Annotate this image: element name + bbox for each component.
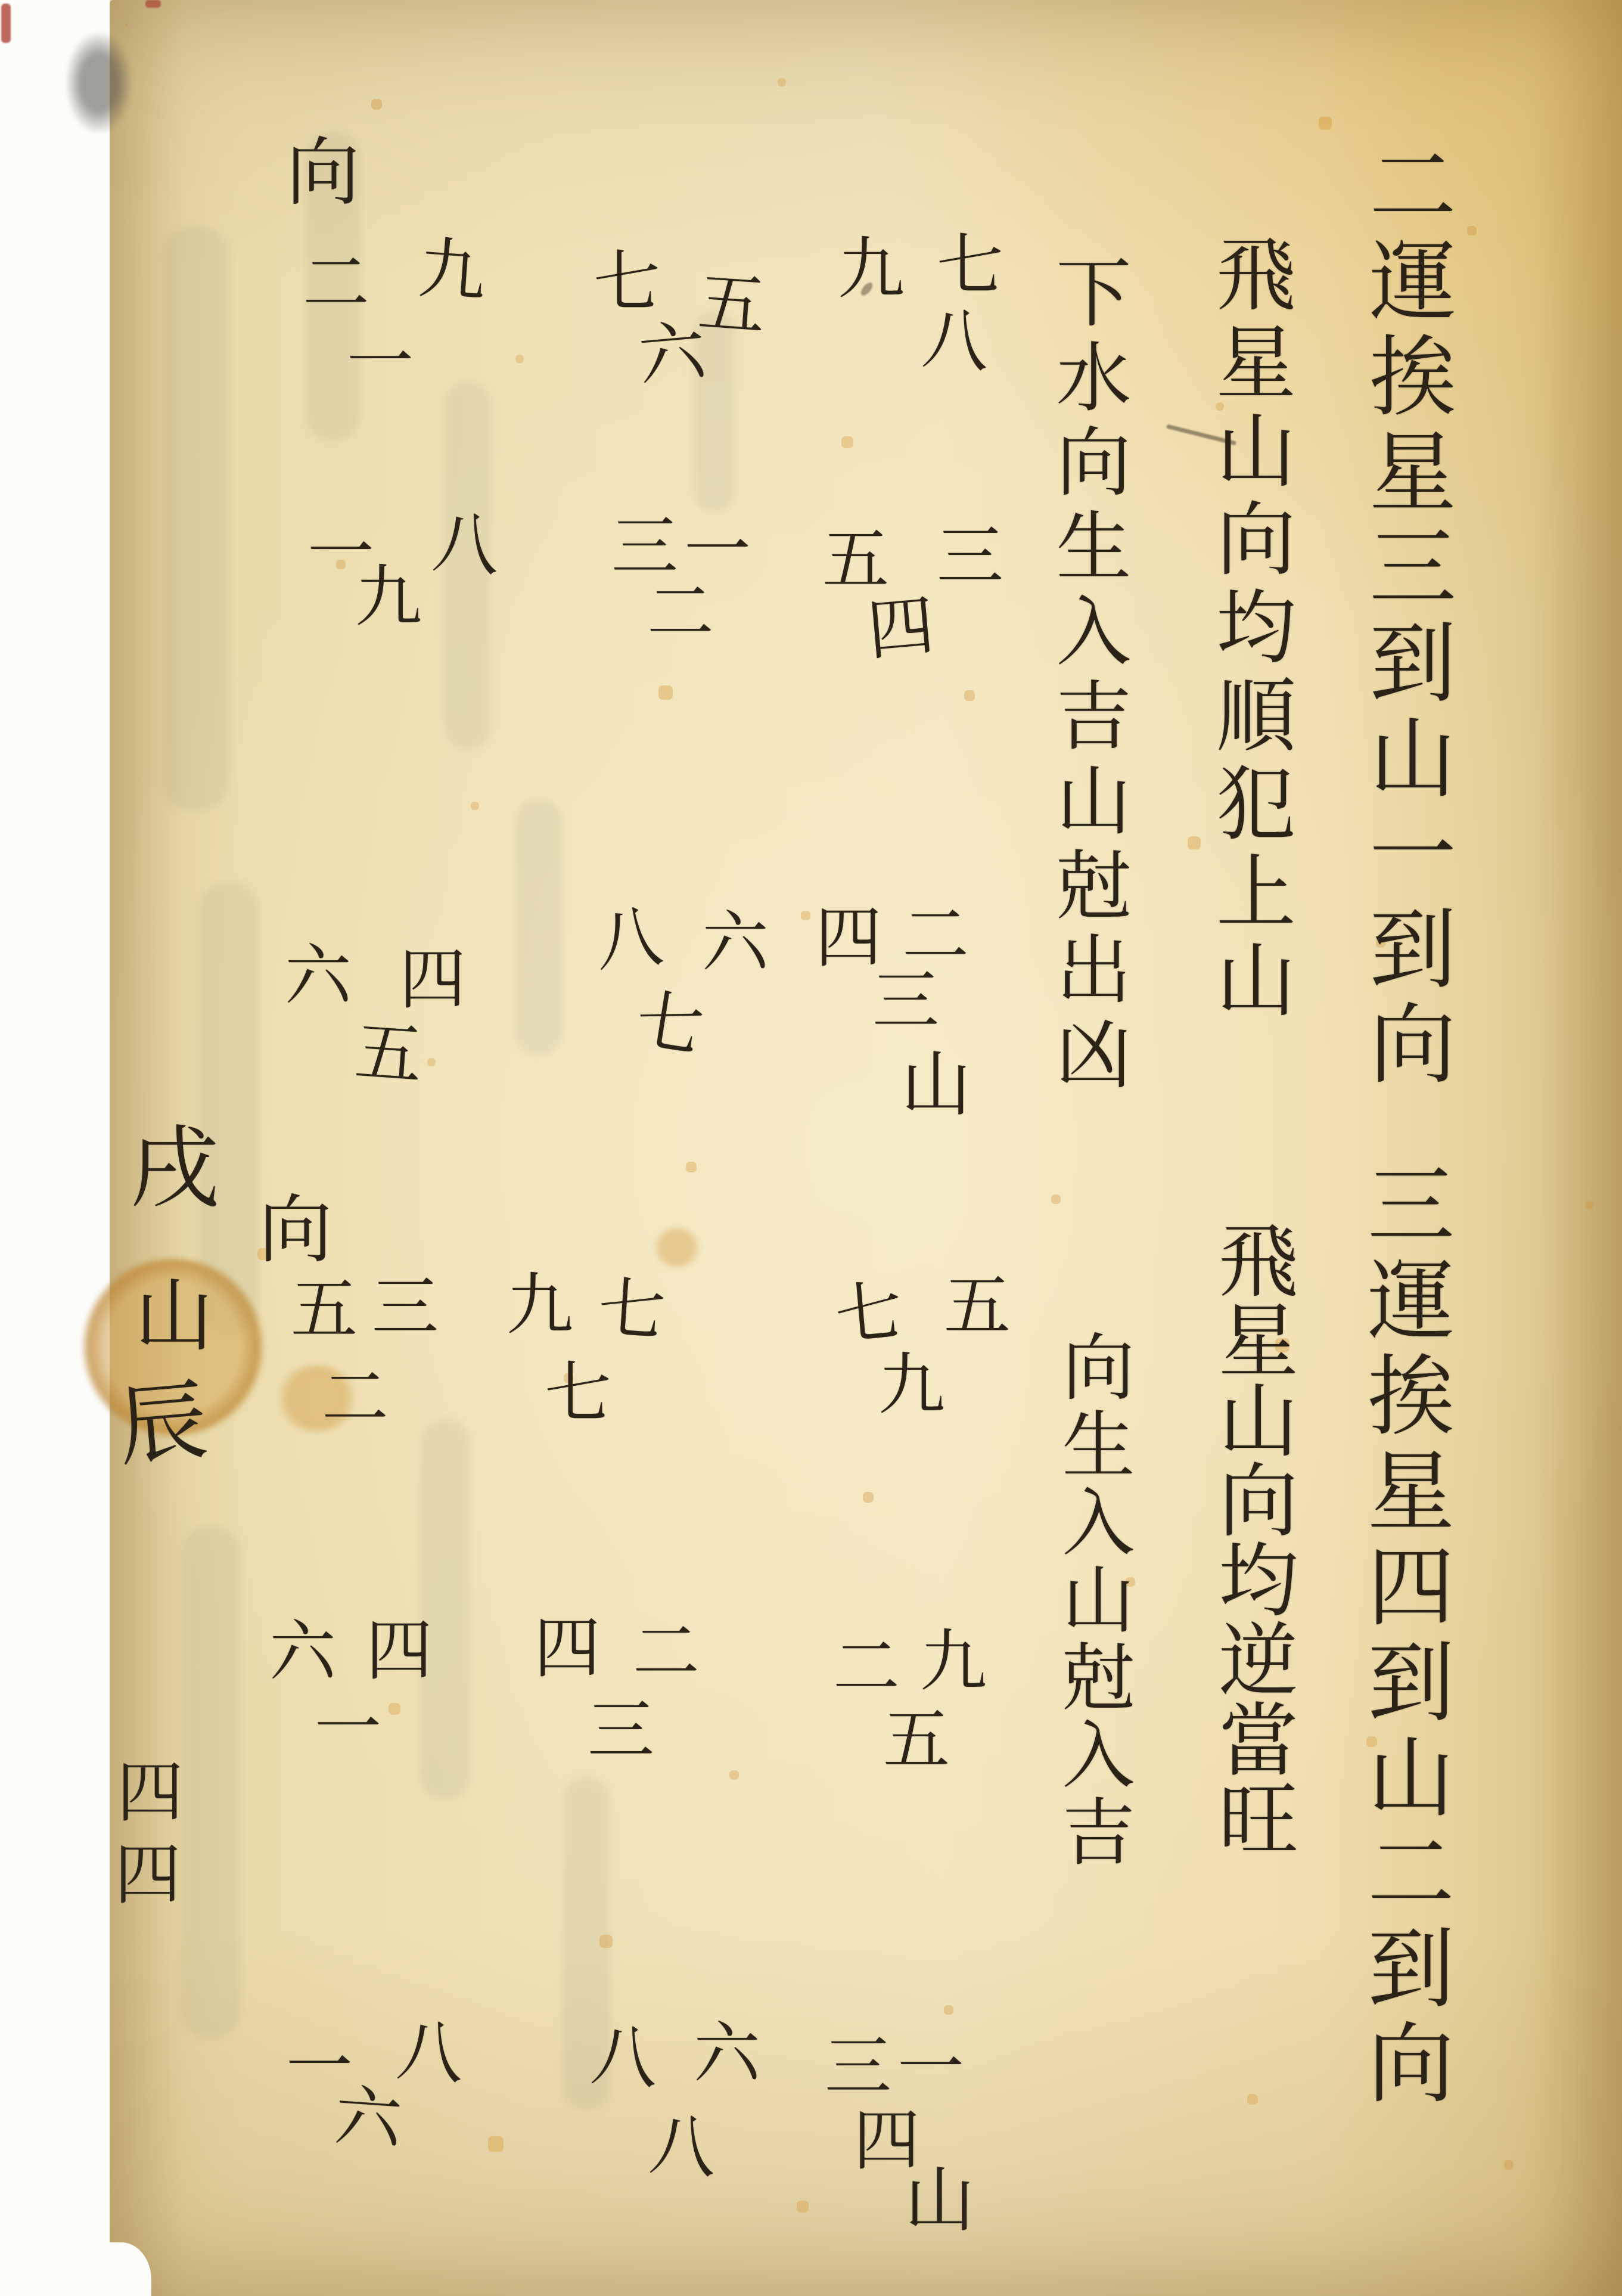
text-column-2-line-1: 飛星山向均順犯上山 — [1210, 232, 1289, 1026]
text-column-1-line-2: 三運挨星四到山二到向 — [1360, 1159, 1447, 2113]
chart2-r2c2-mountain-star: 四 — [534, 1615, 601, 1682]
chart2-r3c3-mountain-star: 三 — [825, 2034, 891, 2100]
chart2-r1c1-facing-star: 三 — [372, 1274, 439, 1341]
chart2-sitting-label: 山 — [905, 2165, 975, 2235]
chart1-r1c3-facing-star: 七 — [937, 232, 1003, 299]
chart1-r2c3-facing-star: 三 — [937, 523, 1003, 590]
red-mark — [145, 0, 161, 8]
red-mark — [1, 4, 11, 43]
bleed-through-smudge — [163, 227, 229, 811]
chart1-r3c2-mountain-star: 八 — [593, 903, 665, 975]
chart1-facing-label: 向 — [286, 136, 360, 210]
chart2-r3c2-mountain-star: 八 — [589, 2022, 660, 2093]
chart1-r2c3-period-star: 四 — [865, 592, 937, 664]
bleed-through-smudge — [515, 799, 563, 1055]
chart2-r1c1-mountain-star: 五 — [291, 1277, 358, 1344]
chart2-r2c3-mountain-star: 二 — [833, 1634, 900, 1701]
chart1-r2c2-mountain-star: 三 — [611, 514, 678, 581]
bleed-through-smudge — [181, 1526, 241, 2039]
chart2-r3c2-facing-star: 六 — [694, 2021, 760, 2087]
chart1-r2c2-period-star: 二 — [647, 579, 714, 646]
chart2-r2c3-period-star: 五 — [883, 1707, 950, 1774]
margin-label-shan: 山 — [135, 1277, 213, 1355]
chart1-r3c2-period-star: 七 — [632, 986, 708, 1062]
bleed-through-smudge — [199, 882, 259, 1335]
chart1-r3c1-mountain-star: 六 — [285, 943, 352, 1010]
chart1-r3c3-period-star: 三 — [872, 968, 939, 1035]
chart1-r3c2-facing-star: 六 — [702, 910, 769, 976]
chart2-r1c2-period-star: 七 — [545, 1360, 611, 1427]
folio-number-digit-2: 四 — [114, 1842, 181, 1909]
text-column-3-line-2: 向生入山尅入吉 — [1056, 1329, 1129, 1872]
chart2-r1c3-facing-star: 五 — [944, 1273, 1011, 1340]
chart2-r2c1-period-star: 一 — [315, 1695, 381, 1762]
stain-freckles — [125, 24, 128, 26]
chart2-r3c3-facing-star: 一 — [897, 2035, 964, 2102]
chart1-r3c3-facing-star: 二 — [902, 902, 969, 969]
chart1-r1c1-period-star: 一 — [347, 329, 414, 396]
text-column-2-line-2: 飛星山向均逆當旺 — [1212, 1219, 1292, 1858]
chart2-r1c2-mountain-star: 九 — [507, 1272, 573, 1339]
folio-number-digit-1: 四 — [117, 1760, 184, 1826]
chart2-r2c2-facing-star: 二 — [633, 1619, 700, 1686]
text-column-3-line-1: 下水向生入吉山尅出凶 — [1050, 253, 1125, 1100]
chart2-r3c2-period-star: 八 — [647, 2111, 719, 2183]
chart2-r3c1-period-star: 六 — [333, 2083, 404, 2154]
chart1-r3c1-period-star: 五 — [353, 1018, 424, 1090]
bleed-through-smudge — [420, 1419, 470, 1800]
chart1-r1c2-mountain-star: 七 — [594, 249, 660, 316]
chart1-r2c1-period-star: 九 — [355, 564, 422, 631]
chart2-r2c3-facing-star: 九 — [920, 1628, 987, 1695]
chart1-r1c3-period-star: 八 — [920, 305, 992, 377]
chart2-r1c1-period-star: 二 — [322, 1365, 389, 1432]
scanner-margin — [0, 0, 111, 2296]
chart2-r2c2-period-star: 三 — [588, 1698, 654, 1764]
chart2-r1c2-facing-star: 七 — [596, 1274, 667, 1346]
chart1-r3c1-facing-star: 四 — [399, 947, 466, 1013]
chart1-r1c1-facing-star: 九 — [417, 235, 488, 306]
chart2-r3c1-facing-star: 八 — [394, 2017, 466, 2089]
manuscript-page: { "colors": { "paper": "#efe0b3", "ink":… — [0, 0, 1622, 2296]
margin-label-chen: 辰 — [114, 1376, 212, 1473]
chart1-r3c3-mountain-star: 四 — [815, 905, 882, 972]
margin-label-xu: 戌 — [130, 1124, 219, 1214]
chart2-r1c3-mountain-star: 七 — [832, 1277, 905, 1349]
text-column-1-line-1: 二運挨星三到山一到向 — [1362, 140, 1449, 1094]
chart1-r2c1-facing-star: 八 — [430, 509, 502, 581]
chart1-r1c1-mountain-star: 二 — [303, 250, 369, 317]
chart1-r1c2-period-star: 六 — [636, 318, 708, 390]
chart2-facing-label: 向 — [259, 1193, 333, 1267]
chart1-sitting-label: 山 — [901, 1049, 971, 1119]
chart1-r1c3-mountain-star: 九 — [838, 236, 905, 303]
dark-blob — [67, 33, 131, 132]
chart1-r1c2-facing-star: 五 — [696, 269, 768, 340]
chart1-r2c3-mountain-star: 五 — [822, 527, 889, 594]
chart2-r2c1-mountain-star: 六 — [269, 1619, 336, 1686]
chart2-r1c3-period-star: 九 — [878, 1352, 945, 1419]
chart2-r2c1-facing-star: 四 — [366, 1618, 433, 1684]
